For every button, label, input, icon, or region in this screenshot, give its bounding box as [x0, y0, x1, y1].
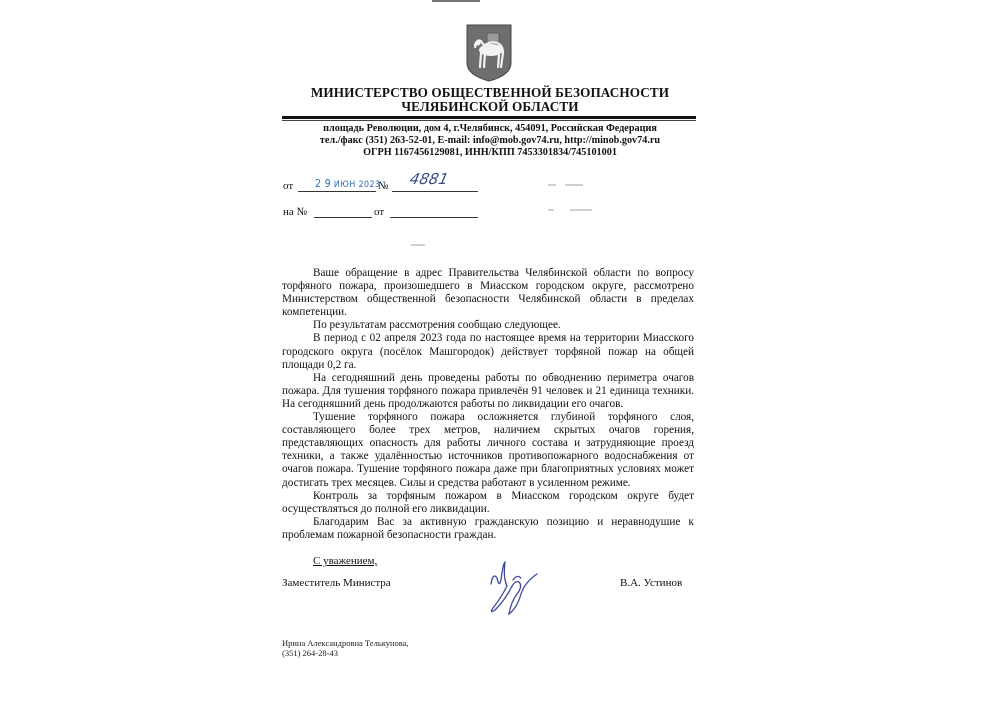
- redacted-addressee: [548, 209, 554, 211]
- number-underline: [392, 191, 478, 192]
- redacted-addressee: [570, 209, 592, 211]
- ministry-name-line2: ЧЕЛЯБИНСКОЙ ОБЛАСТИ: [290, 100, 690, 114]
- date-stamp-day: 2 9: [315, 178, 331, 190]
- date-stamp: 2 9 ИЮН 2023: [315, 178, 380, 190]
- date-underline: [298, 191, 376, 192]
- signer-name: В.А. Устинов: [620, 577, 682, 589]
- date-stamp-month-year: ИЮН 2023: [334, 180, 380, 190]
- ministry-contacts: тел./факс (351) 263-52-01, E-mail: info@…: [290, 135, 690, 147]
- coat-of-arms-icon: [465, 23, 513, 83]
- redacted-mark: [411, 244, 425, 246]
- reply-number-underline: [314, 217, 372, 218]
- paragraph: Благодарим Вас за активную гражданскую п…: [282, 516, 694, 542]
- ministry-registry: ОГРН 1167456129081, ИНН/КПП 7453301834/7…: [290, 147, 690, 159]
- closing-regards: С уважением,: [313, 555, 377, 567]
- reply-date-underline: [390, 217, 478, 218]
- number-label: №: [378, 180, 389, 192]
- date-label: от: [283, 180, 293, 192]
- signature-icon: [483, 558, 553, 618]
- paragraph: По результатам рассмотрения сообщаю след…: [282, 319, 694, 332]
- paragraph: В период с 02 апреля 2023 года по настоя…: [282, 332, 694, 371]
- letter-body: Ваше обращение в адрес Правительства Чел…: [282, 267, 694, 542]
- executor-info: Ирина Александровна Телькунова, (351) 26…: [282, 638, 409, 658]
- outgoing-number: 4881: [408, 170, 450, 188]
- scan-mark: [432, 0, 480, 2]
- paragraph: Ваше обращение в адрес Правительства Чел…: [282, 267, 694, 319]
- redacted-addressee: [565, 184, 583, 186]
- reply-date-label: от: [374, 206, 384, 218]
- ministry-address: площадь Революции, дом 4, г.Челябинск, 4…: [290, 123, 690, 135]
- paragraph: На сегодняшний день проведены работы по …: [282, 372, 694, 411]
- ministry-name-line1: МИНИСТЕРСТВО ОБЩЕСТВЕННОЙ БЕЗОПАСНОСТИ: [290, 86, 690, 100]
- header-rule: [282, 116, 696, 119]
- redacted-addressee: [548, 184, 556, 186]
- paragraph: Контроль за торфяным пожаром в Миасском …: [282, 490, 694, 516]
- header-rule-thin: [282, 120, 696, 121]
- reply-number-label: на №: [283, 206, 307, 218]
- signer-title: Заместитель Министра: [282, 577, 391, 589]
- executor-name: Ирина Александровна Телькунова,: [282, 638, 409, 648]
- executor-phone: (351) 264-28-43: [282, 648, 409, 658]
- paragraph: Тушение торфяного пожара осложняется глу…: [282, 411, 694, 490]
